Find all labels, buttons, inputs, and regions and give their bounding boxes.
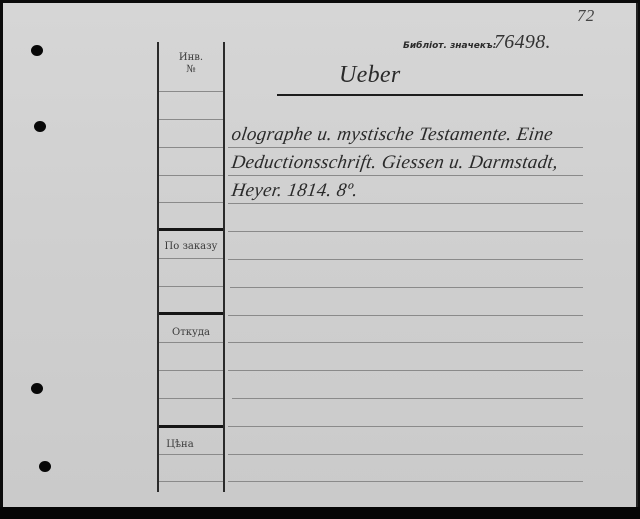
punch-hole-icon <box>31 45 43 56</box>
body-rule <box>228 426 583 427</box>
left-rule <box>159 370 223 371</box>
section-divider-source <box>159 312 223 315</box>
left-rule <box>159 286 223 287</box>
catalog-card <box>3 3 638 507</box>
left-rule <box>159 175 223 176</box>
punch-hole-icon <box>31 383 43 394</box>
left-rule <box>159 147 223 148</box>
body-rule <box>228 175 583 176</box>
body-rule <box>228 481 583 482</box>
section-divider-price <box>159 425 223 428</box>
description-line-3: Heyer. 1814. 8º. <box>230 180 359 202</box>
left-column-border-right <box>223 42 225 492</box>
inv-label: Инв. № <box>160 52 222 76</box>
inv-number-sign: № <box>160 64 222 76</box>
scan-bottom-edge <box>0 507 640 519</box>
body-rule <box>228 231 583 232</box>
body-rule <box>228 315 583 316</box>
body-rule <box>228 370 583 371</box>
title-heading: Ueber <box>339 62 400 89</box>
section-divider-order <box>159 228 223 231</box>
left-rule <box>159 342 223 343</box>
order-label: По заказу <box>160 241 222 253</box>
left-rule <box>159 119 223 120</box>
price-label: Цѣна <box>160 439 200 451</box>
body-rule <box>228 342 583 343</box>
left-rule <box>159 481 223 482</box>
source-label: Откуда <box>160 327 222 339</box>
left-rule <box>159 202 223 203</box>
body-rule <box>230 287 583 288</box>
body-rule <box>228 454 583 455</box>
left-rule <box>159 91 223 92</box>
left-rule <box>159 454 223 455</box>
title-underline <box>277 94 583 96</box>
body-rule <box>228 259 583 260</box>
left-rule <box>159 398 223 399</box>
left-rule <box>159 258 223 259</box>
description-line-2: Deductionsschrift. Giessen u. Darmstadt, <box>230 152 560 174</box>
card-corner-number: 72 <box>577 6 595 26</box>
description-line-1: olographe u. mystische Testamente. Eine <box>230 124 554 146</box>
body-rule <box>232 398 583 399</box>
library-mark-label: Библіот. значекъ: <box>403 41 496 51</box>
body-rule <box>228 203 583 204</box>
punch-hole-icon <box>39 461 51 472</box>
body-rule <box>228 147 583 148</box>
inv-label-text: Инв. <box>160 52 222 64</box>
library-mark-value: 76498. <box>494 31 551 54</box>
punch-hole-icon <box>34 121 46 132</box>
